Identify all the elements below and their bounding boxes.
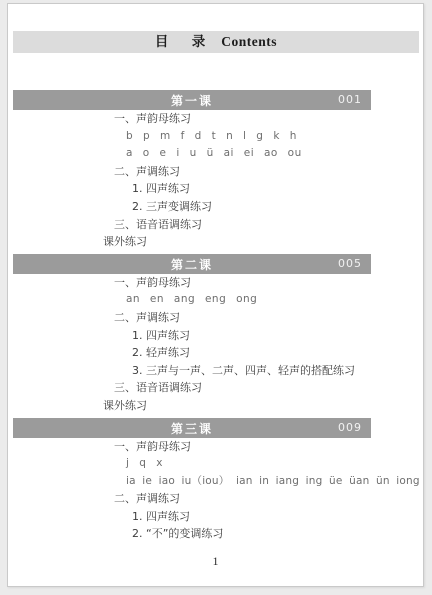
toc-item: 二、声调练习 <box>8 309 423 327</box>
lesson-2-title-bar: 第二课 005 <box>13 254 371 274</box>
toc-subitem: 2. “不”的变调练习 <box>8 525 423 543</box>
toc-item: 二、声调练习 <box>8 490 423 508</box>
lesson-page-number: 001 <box>338 90 362 110</box>
lesson-1-title-bar: 第一课 001 <box>13 90 371 110</box>
toc-subitem: 1. 四声练习 <box>8 508 423 526</box>
contents-title-chinese: 目 录 <box>155 34 215 49</box>
toc-page: 目 录Contents 第一课 001 一、声韵母练习 b p m f d t … <box>7 3 424 587</box>
toc-subitem: 1. 四声练习 <box>8 180 423 198</box>
lesson-title: 第一课 <box>171 94 213 108</box>
pinyin-row: an en ang eng ong <box>8 291 423 309</box>
toc-subitem: 3. 三声与一声、二声、四声、轻声的搭配练习 <box>8 362 423 380</box>
toc-item: 一、声韵母练习 <box>8 110 423 128</box>
pinyin-row: ia ie iao iu（iou） ian in iang ing üe üan… <box>8 473 423 491</box>
toc-subitem: 1. 四声练习 <box>8 327 423 345</box>
spacer <box>8 53 423 90</box>
lesson-page-number: 005 <box>338 254 362 274</box>
toc-item: 二、声调练习 <box>8 163 423 181</box>
toc-extra-item: 课外练习 <box>8 397 423 415</box>
lesson-title: 第二课 <box>171 258 213 272</box>
toc-item: 三、语音语调练习 <box>8 216 423 234</box>
page-number: 1 <box>8 554 423 569</box>
lesson-3-title-bar: 第三课 009 <box>13 418 371 438</box>
toc-subitem: 2. 三声变调练习 <box>8 198 423 216</box>
lesson-title: 第三课 <box>171 422 213 436</box>
toc-item: 一、声韵母练习 <box>8 274 423 292</box>
lesson-1-block: 第一课 001 一、声韵母练习 b p m f d t n l g k h a … <box>8 90 423 251</box>
contents-header-bar: 目 录Contents <box>13 31 419 53</box>
toc-item: 三、语音语调练习 <box>8 379 423 397</box>
lesson-3-block: 第三课 009 一、声韵母练习 j q x ia ie iao iu（iou） … <box>8 418 423 544</box>
pinyin-row: b p m f d t n l g k h <box>8 128 423 146</box>
lesson-page-number: 009 <box>338 418 362 438</box>
pinyin-row: a o e i u ü ai ei ao ou <box>8 145 423 163</box>
toc-extra-item: 课外练习 <box>8 233 423 251</box>
lesson-2-block: 第二课 005 一、声韵母练习 an en ang eng ong 二、声调练习… <box>8 254 423 415</box>
toc-subitem: 2. 轻声练习 <box>8 344 423 362</box>
pinyin-row: j q x <box>8 455 423 473</box>
contents-title-english: Contents <box>221 34 277 49</box>
toc-item: 一、声韵母练习 <box>8 438 423 456</box>
